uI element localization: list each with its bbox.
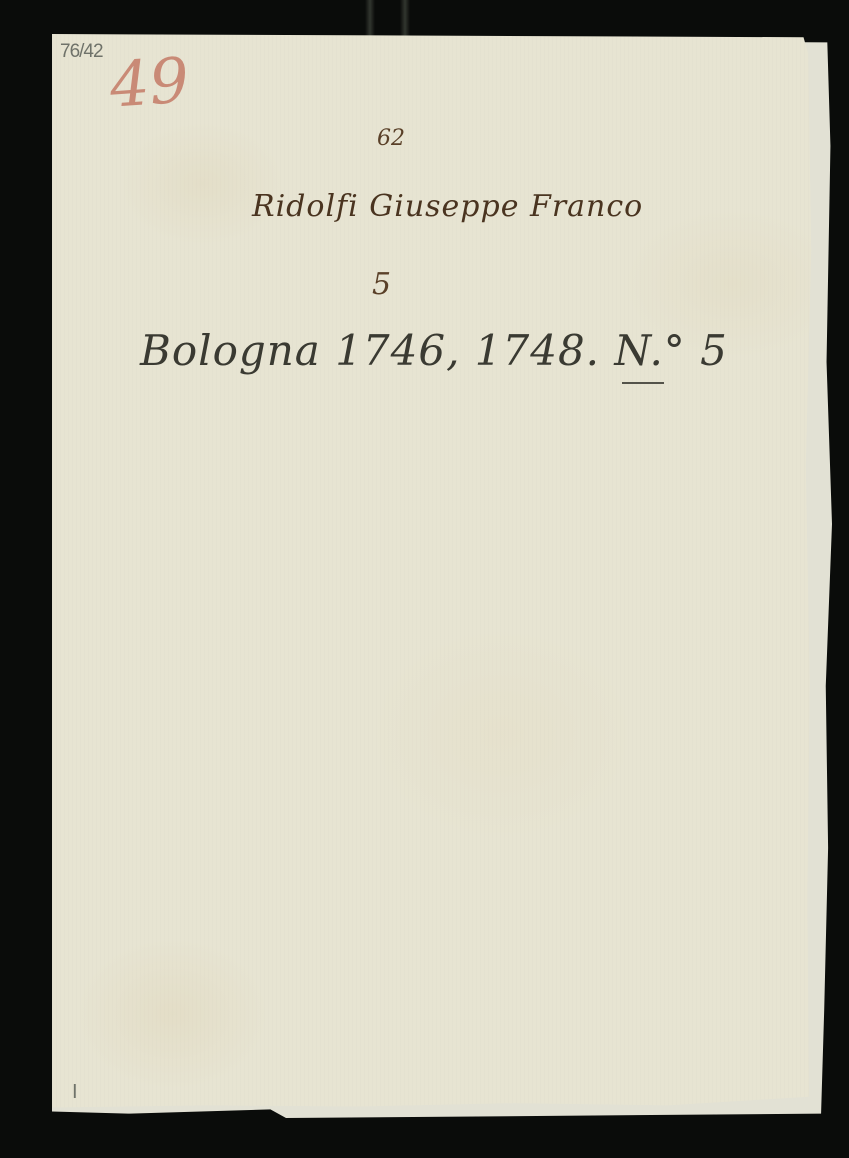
bottom-mark: I (72, 1082, 78, 1102)
number-underline (622, 382, 664, 384)
volume-number: 5 (372, 270, 391, 300)
author-name: Ridolfi Giuseppe Franco (252, 192, 643, 222)
number-marker: N.° 5 (614, 326, 728, 375)
binding-strip (365, 0, 375, 40)
place-dates-text: Bologna 1746, 1748. (140, 326, 600, 375)
folio-number: 49 (108, 49, 191, 116)
place-and-dates: Bologna 1746, 1748. N.° 5 (140, 330, 728, 372)
scan-background: 76/42 49 62 Ridolfi Giuseppe Franco 5 Bo… (0, 0, 849, 1158)
archive-reference: 76/42 (60, 42, 103, 61)
binding-strip (400, 0, 410, 40)
item-number: 62 (377, 128, 405, 150)
